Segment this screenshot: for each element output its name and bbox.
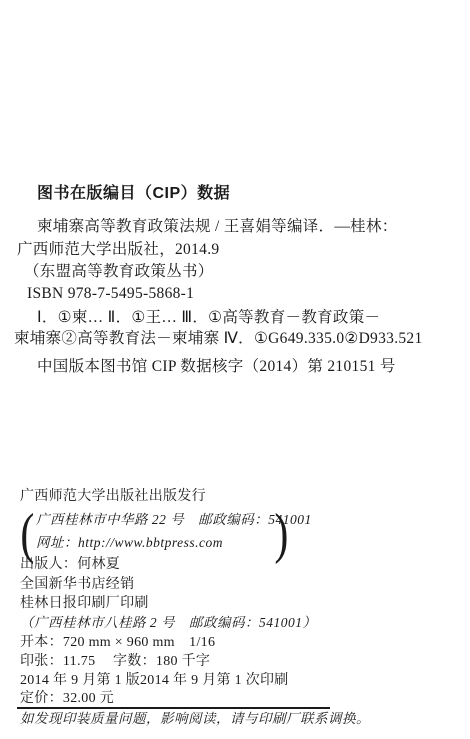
footer-divider-rule [17, 707, 330, 709]
publisher-website-line: 网址：http://www.bbtpress.com [36, 535, 223, 551]
publisher-person-line: 出版人：何林夏 [20, 557, 120, 573]
quality-note-line: 如发现印装质量问题，影响阅读，请与印刷厂联系调换。 [20, 711, 370, 727]
printing-label: 2014 年 9 月第 1 次印刷 [140, 673, 289, 689]
distribution-line: 全国新华书店经销 [20, 577, 134, 593]
word-count-label: 字数：180 千字 [113, 654, 210, 670]
cip-classification-line-2: 柬埔寨②高等教育法－柬埔寨 Ⅳ．①G649.335.0②D933.521 [14, 330, 423, 348]
cip-classification-line-1: Ⅰ．①柬… Ⅱ．①王… Ⅲ．①高等教育－教育政策－ [37, 309, 380, 327]
price-line: 定价：32.00 元 [20, 691, 114, 707]
format-line: 开本：720 mm × 960 mm 1/16 [20, 635, 215, 651]
cip-heading: 图书在版编目（CIP）数据 [37, 185, 230, 203]
publisher-address-line: 广西桂林市中华路 22 号 邮政编码：541001 [36, 512, 312, 528]
sheets-label: 印张：11.75 [20, 654, 95, 670]
edition-label: 2014 年 9 月第 1 版 [20, 673, 140, 689]
cip-title-line: 柬埔寨高等教育政策法规 / 王喜娟等编译．—桂林： [37, 218, 398, 236]
printer-address-line: （广西桂林市八桂路 2 号 邮政编码：541001） [20, 615, 317, 631]
colophon-publisher-line: 广西师范大学出版社出版发行 [20, 489, 206, 505]
left-paren-decoration: ( [20, 506, 34, 562]
printer-line: 桂林日报印刷厂印刷 [20, 596, 149, 612]
cip-series-line: （东盟高等教育政策丛书） [24, 263, 214, 281]
cip-page: 图书在版编目（CIP）数据 柬埔寨高等教育政策法规 / 王喜娟等编译．—桂林： … [0, 0, 470, 739]
cip-record-line: 中国版本图书馆 CIP 数据核字（2014）第 210151 号 [37, 358, 396, 376]
cip-publisher-line: 广西师范大学出版社，2014.9 [17, 241, 219, 259]
cip-isbn-line: ISBN 978-7-5495-5868-1 [27, 285, 194, 303]
